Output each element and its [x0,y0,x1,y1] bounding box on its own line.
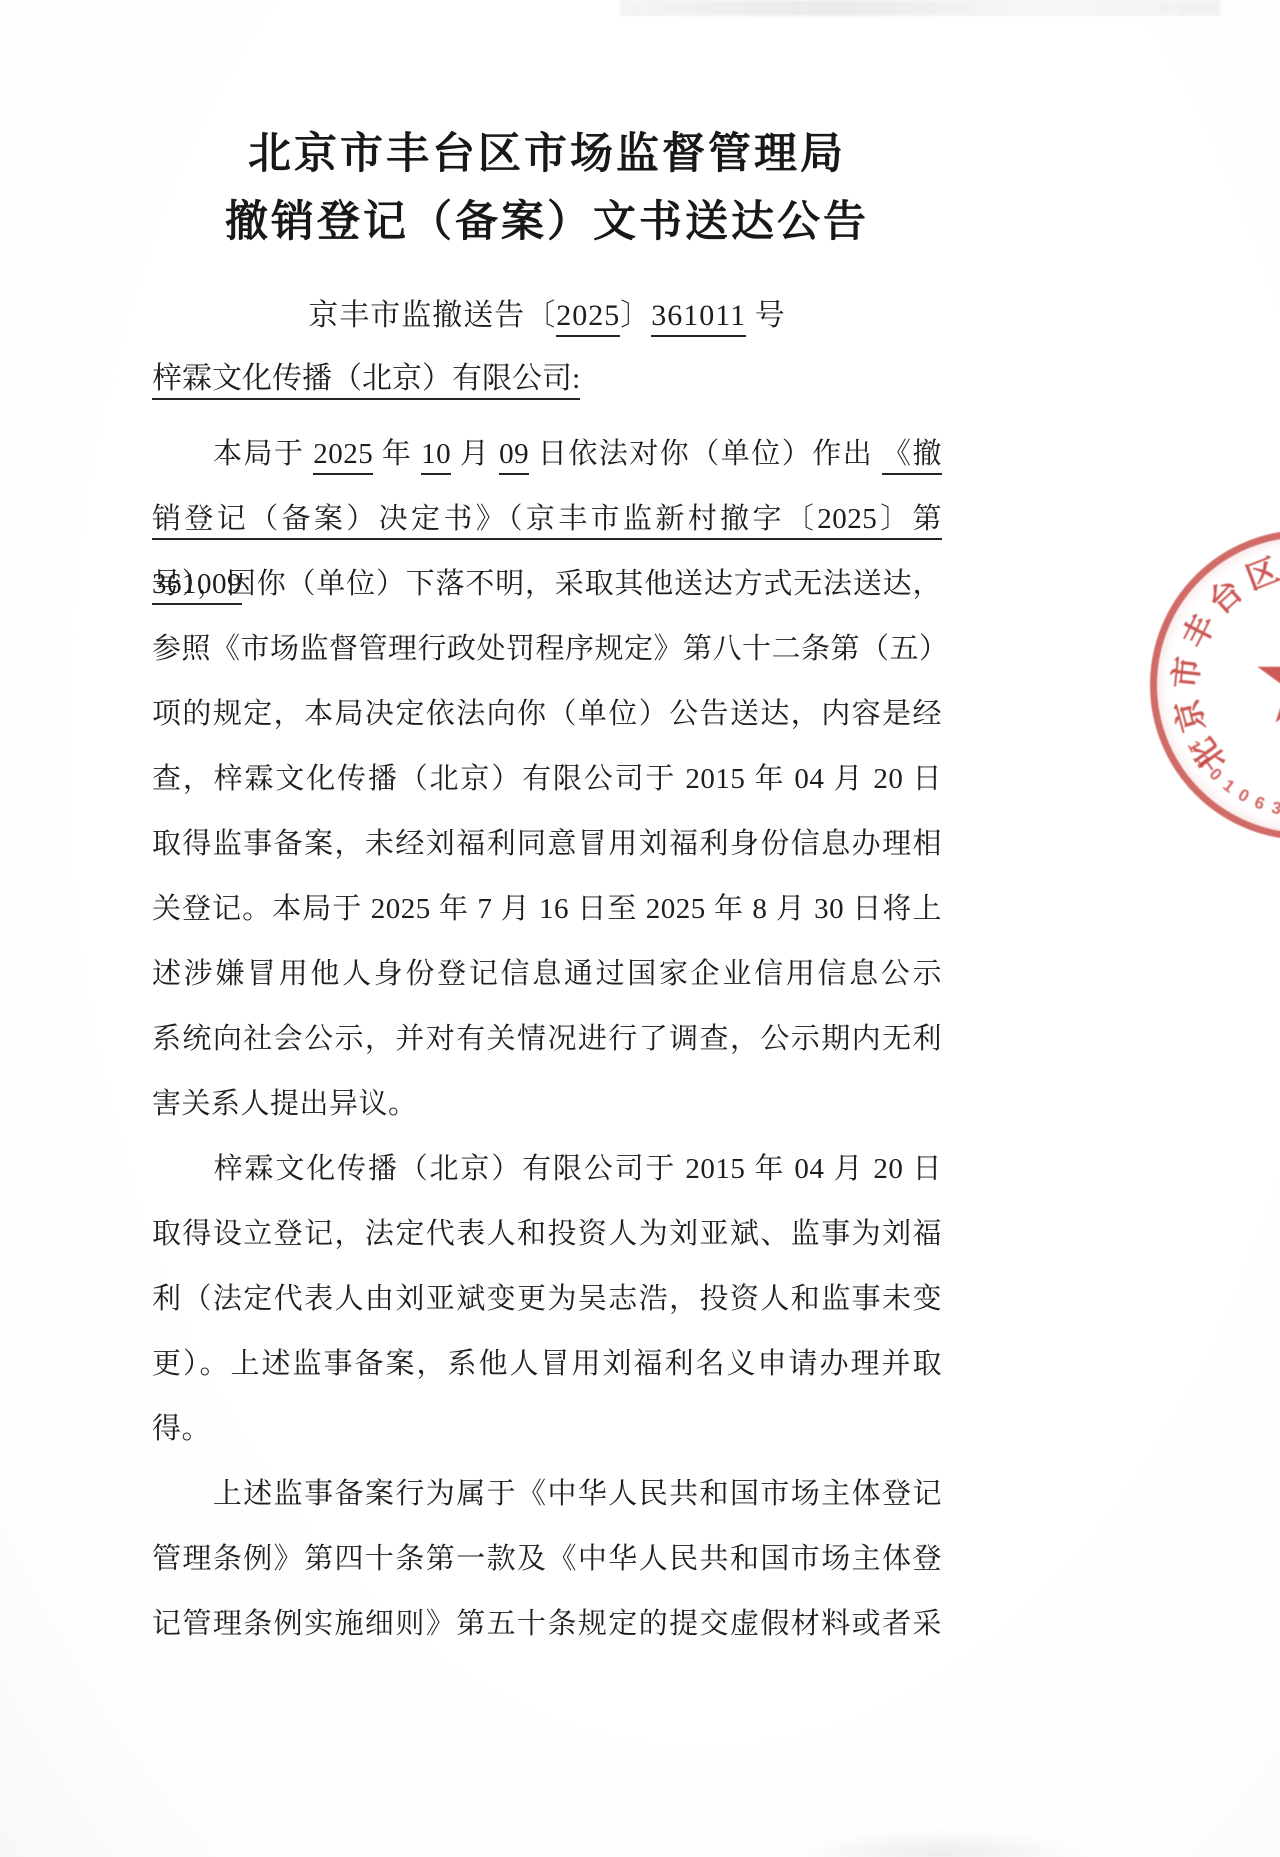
underlined-text: 号） [152,568,197,605]
text-run: 系统向社会公示，并对有关情况进行了调查，公示期内无利 [152,1023,942,1055]
doc-line: 利（法定代表人由刘亚斌变更为吴志浩，投资人和监事未变 [152,1267,942,1332]
seal-code-digit: 1 [1215,773,1241,800]
text-run: 年 [373,438,421,470]
underlined-text: 2025 [313,438,373,475]
seal-code-digit: 1 [1190,748,1217,774]
seal-code-digit: 6 [1248,791,1272,816]
doc-line: 取得监事备案，未经刘福利同意冒用刘福利身份信息办理相 [152,812,942,877]
document-title-line1: 北京市丰台区市场监督管理局 [152,126,942,182]
text-run: 日依法对你（单位）作出 [529,438,882,470]
text-run: 得。 [152,1413,211,1445]
text-run: 京丰市监撤送告〔 [308,299,556,332]
doc-line: 查，梓霖文化传播（北京）有限公司于 2015 年 04 月 20 日 [152,747,942,812]
doc-line: 本局于 2025 年 10 月 09 日依法对你（单位）作出 《撤 [152,422,942,487]
underlined-text: 09 [499,438,529,475]
underlined-text: 梓霖文化传播（北京）有限公司: [152,362,580,400]
seal-code-digit: 3 [1265,797,1280,821]
seal-arc-char: 北 [1184,730,1234,780]
seal-arc-char: 台 [1200,571,1251,622]
doc-line: 更）。上述监事备案，系他人冒用刘福利名义申请办理并取 [152,1332,942,1397]
underlined-text: 《撤 [882,438,942,475]
text-run: 参照《市场监督管理行政处罚程序规定》第八十二条第（五） [152,633,949,665]
text-run: 管理条例》第四十条第一款及《中华人民共和国市场主体登 [152,1543,942,1575]
doc-line: 号），因你（单位）下落不明，采取其他送达方式无法送达， [152,552,942,617]
addressee-line: 梓霖文化传播（北京）有限公司: [152,356,942,402]
doc-line: 得。 [152,1397,942,1462]
document-title-line2: 撤销登记（备案）文书送达公告 [152,194,942,250]
text-run: 梓霖文化传播（北京）有限公司于 2015 年 04 月 20 日 [152,1153,942,1185]
doc-line: 管理条例》第四十条第一款及《中华人民共和国市场主体登 [152,1527,942,1592]
seal-arc-char: 区 [1239,551,1280,598]
text-run: 项的规定，本局决定依法向你（单位）公告送达，内容是经 [152,698,942,730]
doc-line: 项的规定，本局决定依法向你（单位）公告送达，内容是经 [152,682,942,747]
doc-line: 关登记。本局于 2025 年 7 月 16 日至 2025 年 8 月 30 日… [152,877,942,942]
seal-arc-char: 京 [1168,694,1212,738]
text-run: 利（法定代表人由刘亚斌变更为吴志浩，投资人和监事未变 [152,1283,942,1315]
doc-line: 参照《市场监督管理行政处罚程序规定》第八十二条第（五） [152,617,942,682]
text-run: 〕 [620,299,651,332]
seal-arc-char: 市 [1167,653,1207,693]
scanned-document-page: 北京市丰台区市场监督管理局 撤销登记（备案）文书送达公告 京丰市监撤送告〔202… [0,0,1280,1857]
seal-arc-char: 丰 [1175,607,1223,655]
underlined-text: 361011 [651,299,746,337]
text-run: 更）。上述监事备案，系他人冒用刘福利名义申请办理并取 [152,1348,942,1380]
document-number: 京丰市监撤送告〔2025〕361011 号 [152,294,942,338]
notice-document: 北京市丰台区市场监督管理局 撤销登记（备案）文书送达公告 京丰市监撤送告〔202… [152,0,942,1857]
text-run: 上述监事备案行为属于《中华人民共和国市场主体登记 [152,1478,942,1510]
doc-line: 取得设立登记，法定代表人和投资人为刘亚斌、监事为刘福 [152,1202,942,1267]
text-run: 取得监事备案，未经刘福利同意冒用刘福利身份信息办理相 [152,828,942,860]
text-run: 本局于 [152,438,313,470]
seal-code-digit: 0 [1202,761,1229,788]
doc-line: 上述监事备案行为属于《中华人民共和国市场主体登记 [152,1462,942,1527]
seal-ring [1150,530,1280,840]
document-paragraphs: 本局于 2025 年 10 月 09 日依法对你（单位）作出 《撤销登记（备案）… [152,422,942,1657]
text-run: 述涉嫌冒用他人身份登记信息通过国家企业信用信息公示 [152,958,942,990]
underlined-text: 2025 [556,299,620,337]
text-run: 查，梓霖文化传播（北京）有限公司于 2015 年 04 月 20 日 [152,763,942,795]
doc-line: 系统向社会公示，并对有关情况进行了调查，公示期内无利 [152,1007,942,1072]
text-run: 关登记。本局于 2025 年 7 月 16 日至 2025 年 8 月 30 日… [152,893,942,925]
seal-code-digit: 1 [1181,734,1207,759]
text-run: 记管理条例实施细则》第五十条规定的提交虚假材料或者采 [152,1608,942,1640]
underlined-text: 10 [421,438,451,475]
doc-line: 害关系人提出异议。 [152,1072,942,1137]
doc-line: 销登记（备案）决定书》（京丰市监新村撤字〔2025〕第 361009 [152,487,942,552]
doc-line: 述涉嫌冒用他人身份登记信息通过国家企业信用信息公示 [152,942,942,1007]
seal-star-icon: ★ [1249,618,1280,742]
text-run: 取得设立登记，法定代表人和投资人为刘亚斌、监事为刘福 [152,1218,942,1250]
text-run: 号 [746,299,786,332]
doc-line: 梓霖文化传播（北京）有限公司于 2015 年 04 月 20 日 [152,1137,942,1202]
doc-line: 记管理条例实施细则》第五十条规定的提交虚假材料或者采 [152,1592,942,1657]
seal-code-digit: 0 [1231,783,1256,809]
text-run: 害关系人提出异议。 [152,1088,418,1120]
text-run: ，因你（单位）下落不明，采取其他送达方式无法送达， [197,568,942,600]
text-run: 月 [451,438,499,470]
